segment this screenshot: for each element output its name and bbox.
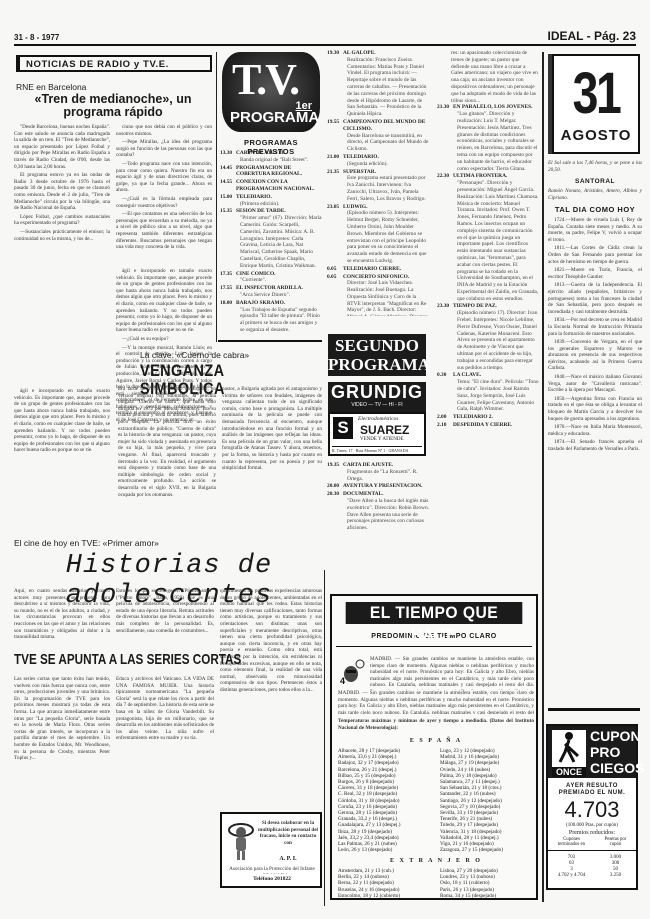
once-box: ONCE CUPON PRO CIEGOS AYER RESULTO PREMI… bbox=[546, 724, 638, 890]
date-box: 31 AGOSTO bbox=[552, 54, 640, 154]
column-rule bbox=[542, 52, 544, 902]
page-date: 31 - 8 - 1977 bbox=[14, 33, 59, 42]
santoral-heading: SANTORAL bbox=[548, 178, 642, 185]
adolescentes-col-3: que muestra las primeras experiencias am… bbox=[220, 588, 322, 784]
weather-forecast-a: MADRID. — Sin grandes cambios se mantien… bbox=[370, 656, 534, 690]
schedule-item: 19.55CAMPEONATO DEL MUNDO DE CICLISMO.De… bbox=[327, 119, 431, 153]
section-label: NOTICIAS DE RADIO y TV.E. bbox=[16, 55, 212, 72]
weather-box: EL TIEMPO QUE HACE PREDOMINIO DE TIEMPO … bbox=[330, 594, 538, 900]
schedule-item: 23.05LUDWIG.(Episodio número 5). Intérpr… bbox=[327, 204, 431, 265]
tv1-bottom-rule bbox=[218, 340, 322, 342]
venganza-kicker: La clave: «Cuerno de cabra» bbox=[140, 350, 249, 360]
schedule-item: 18.00BARAJO SKRAMO."Los Trabajos de Espu… bbox=[220, 300, 322, 334]
rne-col-1b: ágil e incorporado en tamaño exacto vehí… bbox=[14, 388, 110, 530]
schedule-item: 15.35SESION DE TARDE."Primer amor" (67).… bbox=[220, 208, 322, 269]
svg-text:4: 4 bbox=[340, 676, 345, 686]
tv1-logo: T.V. 1er PROGRAMA bbox=[222, 52, 320, 132]
once-prize: (100.000 Ptas. por cupón) bbox=[548, 823, 636, 828]
weather-title: EL TIEMPO QUE HACE bbox=[346, 602, 523, 624]
once-header: ONCE CUPON PRO CIEGOS bbox=[548, 726, 636, 778]
schedule-item: 0.05TELEDIARIO CIERRE. bbox=[327, 266, 431, 273]
suarez-logo-icon: S bbox=[333, 417, 353, 439]
schedule-item: 20.00AVENTURA Y PRESENTACION. bbox=[327, 483, 431, 490]
schedule-item: 21.00TELEDIARIO.(Segunda edición). bbox=[327, 154, 431, 168]
once-reduced-heading: Premios reducidos: bbox=[548, 830, 636, 836]
child-illustration-icon bbox=[228, 822, 254, 862]
schedule-item: 0.30LA CLAVE.Tema: "El cine duro". Pelíc… bbox=[437, 372, 539, 413]
once-top-rule bbox=[548, 708, 640, 711]
once-result-label: AYER RESULTO PREMIADO EL NUM. bbox=[548, 783, 636, 797]
santoral-text: Ramón Nonato, Aristides, Amero, Albino y… bbox=[548, 188, 642, 202]
column-rule bbox=[324, 570, 325, 906]
rne-headline: «Tren de medianoche», un programa rápido bbox=[14, 93, 212, 119]
series-col-1: Las series cortas que tanto éxito han te… bbox=[14, 676, 110, 906]
once-winning-number: 4.703 bbox=[548, 797, 636, 823]
adolescentes-col-2: Esto es lo que se recoge en "Primer amor… bbox=[116, 588, 214, 638]
tv1-schedule: 13.30CARTA DE AJUSTE.Banda original de "… bbox=[220, 150, 322, 338]
schedule-item: 15.00TELEDIARIO.(Primera edición). bbox=[220, 194, 322, 208]
schedule-item: 23.30TIEMPO DE PAZ.(Episodio número 17).… bbox=[437, 303, 539, 371]
espana-label: E S P A Ñ A bbox=[338, 738, 534, 744]
weather-sun-mascot-icon: 4 bbox=[340, 658, 366, 686]
schedule-item: 14.55CONEXION CON LA PROGRAMACION NACION… bbox=[220, 179, 322, 193]
once-row: 4.702 y 4.7043.250 bbox=[548, 873, 636, 879]
adolescentes-col-1: Aquí, en cuatro sendas historias y cuatr… bbox=[14, 588, 110, 638]
grundig-ad-header: GRUNDIG VIDEO — TV — HI - FI bbox=[328, 382, 426, 412]
rne-kicker: RNE en Barcelona bbox=[16, 82, 86, 92]
sun-times: El Sol sale a las 7,46 horas, y se pone … bbox=[548, 160, 642, 176]
tv2-logo: SEGUNDO PROGRAMA bbox=[328, 334, 426, 376]
schedule-item: 21.35SUPERSTAR.Este programa estará pres… bbox=[327, 169, 431, 203]
schedule-item: 21.30EN PARALELO, LOS JOVENES."Los gitan… bbox=[437, 104, 539, 172]
schedule-item: 13.30CARTA DE AJUSTE.Banda original de "… bbox=[220, 150, 322, 164]
extranjero-temps: Amsterdam, 21 y 13 (cub.)Berlín, 22 y 14… bbox=[338, 868, 534, 899]
suarez-ad: S Electrodomésticos SUAREZ VENDE Y ATIEN… bbox=[328, 412, 426, 456]
series-col-2: Educa y archivos del Vaticano. LA VIDA D… bbox=[116, 676, 214, 906]
once-logo: ONCE bbox=[552, 730, 586, 774]
series-headline: TVE SE APUNTA A LAS SERIES CORTAS bbox=[14, 652, 173, 668]
top-rule bbox=[14, 44, 636, 46]
schedule-item: 19.30AL GALOPE.Realización: Francisco Zu… bbox=[327, 50, 431, 118]
schedule-item: 14.45PROGRAMACION DE COBERTURA REGIONAL. bbox=[220, 165, 322, 179]
once-table-header: Cupones terminados en Pesetas por cupón bbox=[548, 837, 636, 851]
extranjero-label: E X T R A N J E R O bbox=[338, 858, 534, 864]
page-number: IDEAL - Pág. 23 bbox=[548, 29, 636, 43]
schedule-item: 20.30DOCUMENTAL."Dave Allen a la busca d… bbox=[327, 491, 431, 532]
venganza-col-1: Era tarde de 1974 se estrenó en España, … bbox=[118, 386, 216, 526]
weather-forecast-b: MADRID. — Sin grandes cambios se mantien… bbox=[338, 690, 534, 714]
blind-walker-icon bbox=[552, 730, 586, 764]
schedule-item: 17.35CINE COMICO."Corriente". bbox=[220, 271, 322, 285]
schedule-item: 2.10DESPEDIDA Y CIERRE. bbox=[437, 422, 539, 429]
rne-col-1: "Desde Barcelona, buenas noches España".… bbox=[14, 124, 110, 384]
api-ad: Si desea colaborar en la multiplicación … bbox=[220, 812, 322, 888]
schedule-item: 17.55EL INSPECTOR ARDILLA."Arca Service … bbox=[220, 285, 322, 299]
schedule-item: 0.05CONCIERTO SINFONICO.Director: José L… bbox=[327, 274, 431, 317]
schedule-item: 19.35CARTA DE AJUSTE.Fragmentos de "La R… bbox=[327, 462, 431, 482]
tv2-schedule: 19.35CARTA DE AJUSTE.Fragmentos de "La R… bbox=[327, 462, 431, 552]
tal-dia-events: 1724.—Muere de viruela Luis I, Rey de Es… bbox=[548, 217, 642, 697]
schedule-item: 22.30ULTIMA FRONTERA."Personajes". Direc… bbox=[437, 173, 539, 302]
column-rule bbox=[216, 52, 217, 342]
tal-dia-heading: TAL DIA COMO HOY bbox=[548, 205, 642, 214]
rne-col-2: ciuno que nos debía con el público y con… bbox=[116, 124, 212, 264]
tv1-schedule-cont: 19.30AL GALOPE.Realización: Francisco Zu… bbox=[327, 50, 431, 316]
schedule-item: 2.00TELEDIARIO 2. bbox=[437, 414, 539, 421]
cine-kicker: El cine de hoy en TVE: «Primer amor» bbox=[14, 538, 159, 548]
venganza-col-2: pastor, a Bulgaria agitada por el antago… bbox=[222, 386, 322, 526]
tv2-schedule-cont: res: un apasionado coleccionista de tren… bbox=[437, 50, 539, 570]
espana-temps: Albacete, 28 y 17 (despejado)Almería, 33… bbox=[338, 748, 534, 853]
once-table: 7033.000 03300 350 4.702 y 4.7043.250 bbox=[548, 855, 636, 879]
temps-intro: Temperaturas máximas y mínimas de ayer y… bbox=[338, 718, 534, 732]
